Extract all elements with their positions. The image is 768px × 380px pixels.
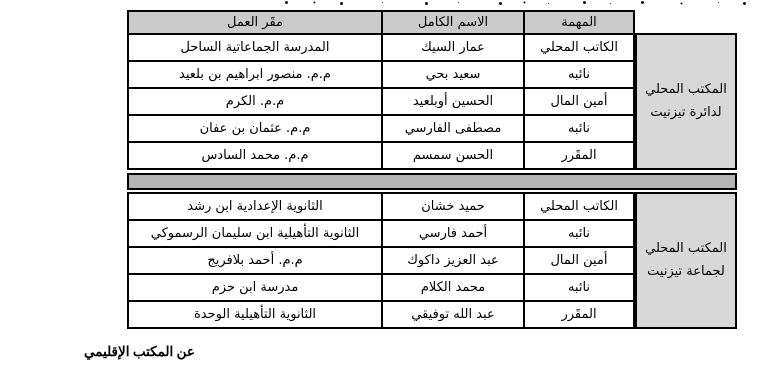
office-name-line: لدائرة تيزنيت: [650, 102, 721, 124]
workplace-cell: الثانوية التأهيلية الوحدة: [129, 302, 381, 327]
office-merged-cell-commune: المكتب المحلي لجماعة تيزنيت: [635, 192, 737, 329]
role-cell: أمين المال: [525, 89, 633, 114]
name-cell: سعيد بحي: [383, 62, 523, 87]
column-header-workplace: مقَر العمل: [129, 12, 381, 33]
document-page: المهمة الاسم الكامل مقَر العمل الكاتب ال…: [0, 0, 768, 380]
regional-office-note: عن المكتب الإقليمي: [55, 344, 195, 360]
name-cell: عمار السيك: [383, 35, 523, 60]
office-name-line: لجماعة تيزنيت: [647, 261, 725, 283]
name-cell: حميد خشان: [383, 194, 523, 219]
name-cell: الحسين أوبلعيد: [383, 89, 523, 114]
role-cell: نائبه: [525, 221, 633, 246]
workplace-cell: م.م. محمد السادس: [129, 143, 381, 168]
name-cell: محمد الكلام: [383, 275, 523, 300]
table-district-block: المهمة الاسم الكامل مقَر العمل الكاتب ال…: [127, 10, 635, 170]
role-cell: المقَرر: [525, 302, 633, 327]
office-merged-cell-district: المكتب المحلي لدائرة تيزنيت: [635, 33, 737, 170]
workplace-cell: الثانوية التأهيلية ابن سليمان الرسموكي: [129, 221, 381, 246]
name-cell: مصطفى الفارسي: [383, 116, 523, 141]
workplace-cell: م.م. منصور ابراهيم بن بلعيد: [129, 62, 381, 87]
name-cell: الحسن سمسم: [383, 143, 523, 168]
workplace-cell: الثانوية الإعدادية ابن رشد: [129, 194, 381, 219]
name-cell: أحمد فارسي: [383, 221, 523, 246]
role-cell: أمين المال: [525, 248, 633, 273]
column-header-full-name: الاسم الكامل: [383, 12, 523, 33]
office-name-line: المكتب المحلي: [645, 79, 727, 101]
clipped-text-remnant: [285, 0, 765, 6]
name-cell: عبد العزيز داكوك: [383, 248, 523, 273]
workplace-cell: م.م. الكرم: [129, 89, 381, 114]
role-cell: الكاتب المحلي: [525, 35, 633, 60]
workplace-cell: مدرسة ابن حزم: [129, 275, 381, 300]
role-cell: نائبه: [525, 62, 633, 87]
name-cell: عبد الله توفيقي: [383, 302, 523, 327]
role-cell: نائبه: [525, 275, 633, 300]
office-name-line: المكتب المحلي: [645, 238, 727, 260]
group-separator-band: [127, 173, 737, 190]
role-cell: المقَرر: [525, 143, 633, 168]
role-cell: نائبه: [525, 116, 633, 141]
column-header-role: المهمة: [525, 12, 633, 33]
table-commune-block: الكاتب المحلي حميد خشان الثانوية الإعداد…: [127, 192, 635, 329]
workplace-cell: م.م. عثمان بن عفان: [129, 116, 381, 141]
workplace-cell: المدرسة الجماعاتية الساحل: [129, 35, 381, 60]
role-cell: الكاتب المحلي: [525, 194, 633, 219]
clipped-text-marks: [285, 1, 288, 4]
workplace-cell: م.م. أحمد بلافريج: [129, 248, 381, 273]
